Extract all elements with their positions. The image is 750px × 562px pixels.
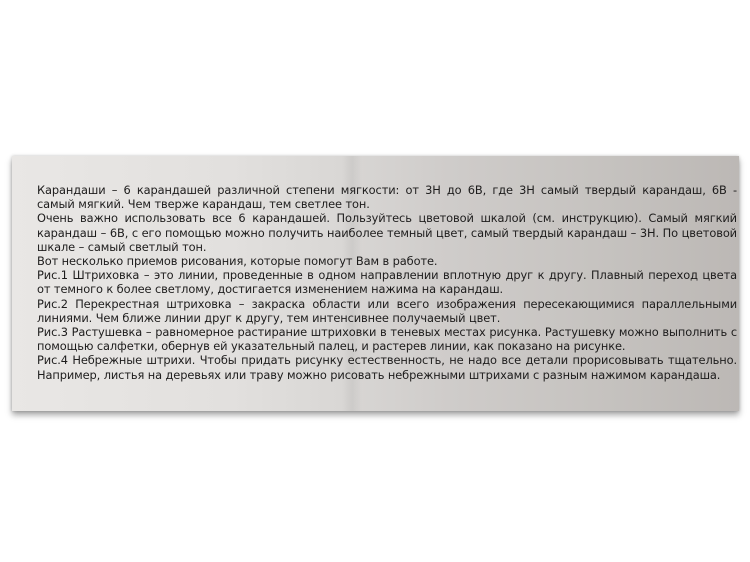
paper-sheet: Карандаши – 6 карандашей различной степе… (12, 156, 739, 411)
text-line-fig2: Рис.2 Перекрестная штриховка – закраска … (37, 297, 737, 311)
text-line-fig4: Рис.4 Небрежные штрихи. Чтобы придать ри… (37, 353, 737, 367)
text-line-darkest: карандаш – 6В, с его помощью можно получ… (37, 226, 737, 240)
text-line-fig4-cont: Например, листья на деревьях или траву м… (37, 368, 737, 382)
text-line-fig1-cont: от темного к более светлому, достигается… (37, 282, 737, 296)
text-line-fig2-cont: линиями. Чем ближе линии друг к другу, т… (37, 311, 737, 325)
text-line-pencils-intro: Карандаши – 6 карандашей различной степе… (37, 183, 737, 197)
text-line-use-all: Очень важно использовать все 6 карандаше… (37, 211, 737, 225)
text-line-pencils-softest: самый мягкий. Чем тверже карандаш, тем с… (37, 197, 737, 211)
text-line-techniques: Вот несколько приемов рисования, которые… (37, 254, 737, 268)
text-line-fig1: Рис.1 Штриховка – это линии, проведенные… (37, 268, 737, 282)
text-line-fig3-cont: помощью салфетки, обернув ей указательны… (37, 339, 737, 353)
text-line-lightest: шкале – самый светлый тон. (37, 240, 737, 254)
text-line-fig3: Рис.3 Растушевка – равномерное растирани… (37, 325, 737, 339)
instructions-text: Карандаши – 6 карандашей различной степе… (37, 183, 737, 382)
